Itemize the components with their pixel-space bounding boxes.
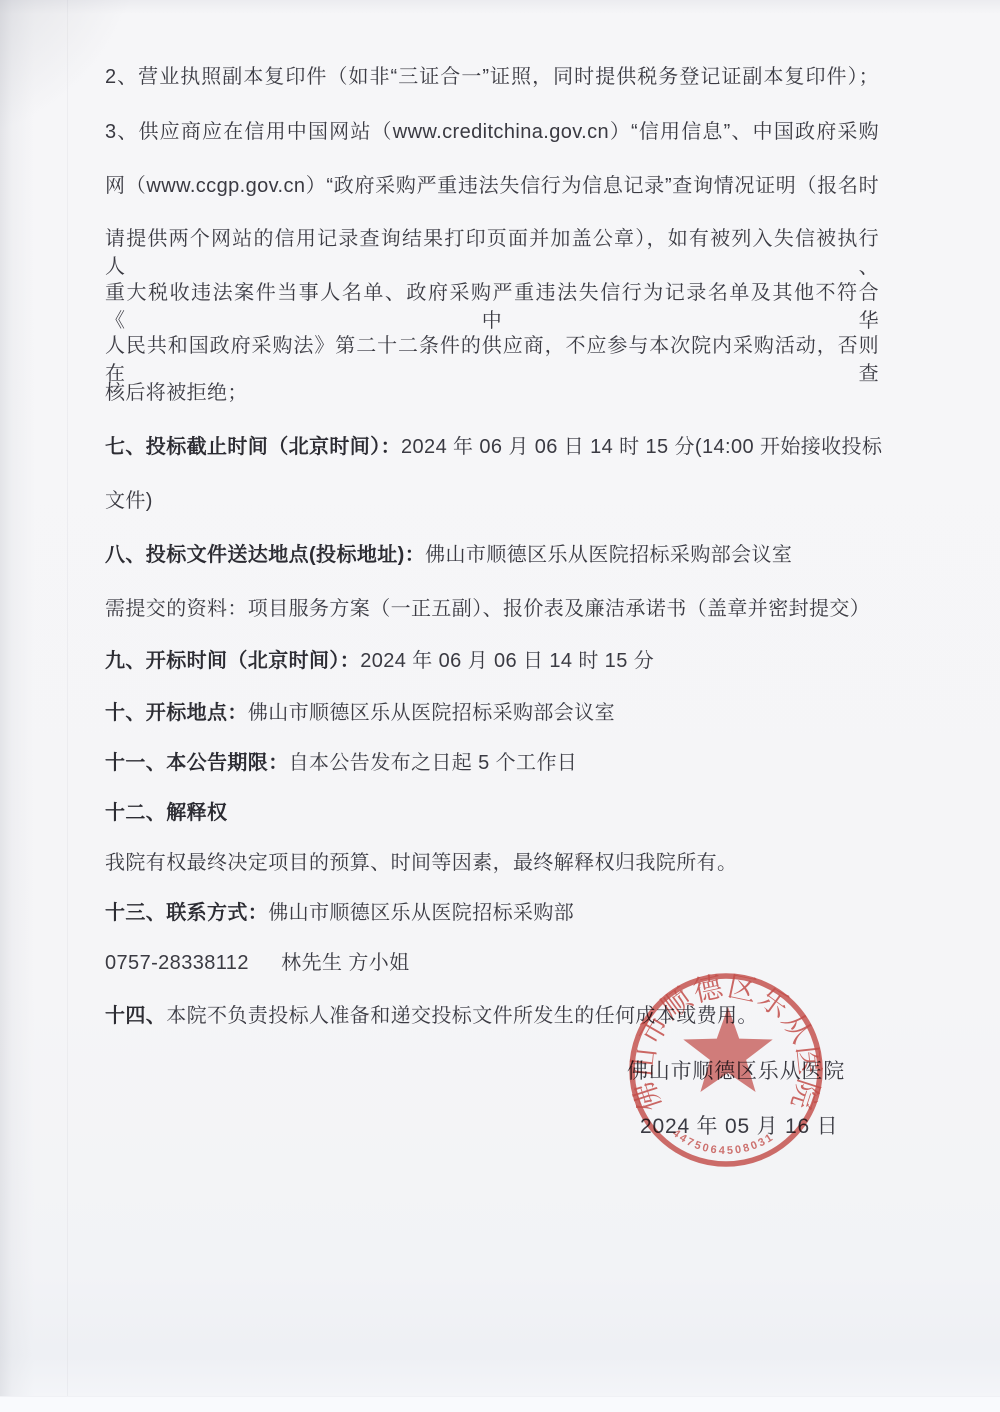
doc-line: 十、开标地点：佛山市顺德区乐从医院招标采购部会议室	[105, 699, 879, 727]
scan-fold-line	[67, 0, 68, 1412]
doc-line: 九、开标时间（北京时间）：2024 年 06 月 06 日 14 时 15 分	[105, 647, 879, 675]
doc-line-text: 佛山市顺德区乐从医院招标采购部	[268, 902, 574, 924]
official-seal-stamp: 佛山市顺德区乐从医院 4475064508031	[616, 962, 838, 1184]
doc-line-bold: 十、开标地点：	[105, 702, 248, 724]
doc-line-bold: 七、投标截止时间（北京时间）：	[105, 436, 401, 458]
doc-line-text: 3、供应商应在信用中国网站（www.creditchina.gov.cn）“信用…	[105, 121, 879, 143]
doc-line-bold: 十四、	[105, 1005, 166, 1027]
scanned-document-page: 2、营业执照副本复印件（如非“三证合一”证照，同时提供税务登记证副本复印件）； …	[0, 0, 1000, 1412]
doc-line-bold: 八、投标文件送达地点(投标地址)：	[105, 544, 425, 566]
doc-line: 请提供两个网站的信用记录查询结果打印页面并加盖公章），如有被列入失信被执行人、	[105, 225, 879, 281]
doc-line-text: 核后将被拒绝；	[105, 382, 248, 404]
doc-line: 我院有权最终决定项目的预算、时间等因素，最终解释权归我院所有。	[105, 849, 879, 877]
doc-line: 网（www.ccgp.gov.cn）“政府采购严重违法失信行为信息记录”查询情况…	[105, 172, 879, 200]
doc-line: 文件)	[105, 487, 879, 515]
doc-line: 需提交的资料：项目服务方案（一正五副）、报价表及廉洁承诺书（盖章并密封提交）	[105, 595, 879, 623]
doc-line-bold: 十二、解释权	[105, 802, 227, 824]
doc-line-bold: 十一、本公告期限：	[105, 752, 289, 774]
doc-line-bold: 九、开标时间（北京时间）：	[105, 650, 360, 672]
doc-line: 十二、解释权	[105, 799, 879, 827]
doc-line: 十三、联系方式：佛山市顺德区乐从医院招标采购部	[105, 899, 879, 927]
doc-line-text: 我院有权最终决定项目的预算、时间等因素，最终解释权归我院所有。	[105, 852, 737, 874]
doc-line-text: 2、营业执照副本复印件（如非“三证合一”证照，同时提供税务登记证副本复印件）；	[105, 66, 879, 88]
doc-line-text: 人民共和国政府采购法》第二十二条件的供应商，不应参与本次院内采购活动，否则在查	[105, 335, 879, 385]
doc-line-text: 重大税收违法案件当事人名单、政府采购严重违法失信行为记录名单及其他不符合《中华	[105, 282, 879, 332]
doc-line-text: 自本公告发布之日起 5 个工作日	[289, 752, 578, 774]
doc-line-text: 0757-28338112 林先生 方小姐	[105, 952, 410, 974]
scan-bottom-edge	[0, 1396, 1000, 1412]
seal-star-icon	[683, 1007, 772, 1092]
doc-line-text: 佛山市顺德区乐从医院招标采购部会议室	[248, 702, 615, 724]
doc-line-text: 2024 年 06 月 06 日 14 时 15 分	[360, 650, 654, 672]
doc-line: 八、投标文件送达地点(投标地址)：佛山市顺德区乐从医院招标采购部会议室	[105, 541, 879, 569]
doc-line-text: 需提交的资料：项目服务方案（一正五副）、报价表及廉洁承诺书（盖章并密封提交）	[105, 598, 870, 620]
doc-line: 七、投标截止时间（北京时间）：2024 年 06 月 06 日 14 时 15 …	[105, 433, 879, 461]
doc-line-text: 文件)	[105, 490, 153, 512]
doc-line-text: 网（www.ccgp.gov.cn）“政府采购严重违法失信行为信息记录”查询情况…	[105, 175, 879, 197]
doc-line: 核后将被拒绝；	[105, 379, 879, 407]
doc-line: 2、营业执照副本复印件（如非“三证合一”证照，同时提供税务登记证副本复印件）；	[105, 63, 879, 91]
doc-line-text: 2024 年 06 月 06 日 14 时 15 分(14:00 开始接收投标	[401, 436, 882, 458]
doc-line-text: 佛山市顺德区乐从医院招标采购部会议室	[425, 544, 792, 566]
doc-line-text: 请提供两个网站的信用记录查询结果打印页面并加盖公章），如有被列入失信被执行人、	[105, 228, 879, 278]
doc-line: 十一、本公告期限：自本公告发布之日起 5 个工作日	[105, 749, 879, 777]
doc-line: 重大税收违法案件当事人名单、政府采购严重违法失信行为记录名单及其他不符合《中华	[105, 279, 879, 335]
doc-line: 3、供应商应在信用中国网站（www.creditchina.gov.cn）“信用…	[105, 118, 879, 146]
doc-line-bold: 十三、联系方式：	[105, 902, 268, 924]
